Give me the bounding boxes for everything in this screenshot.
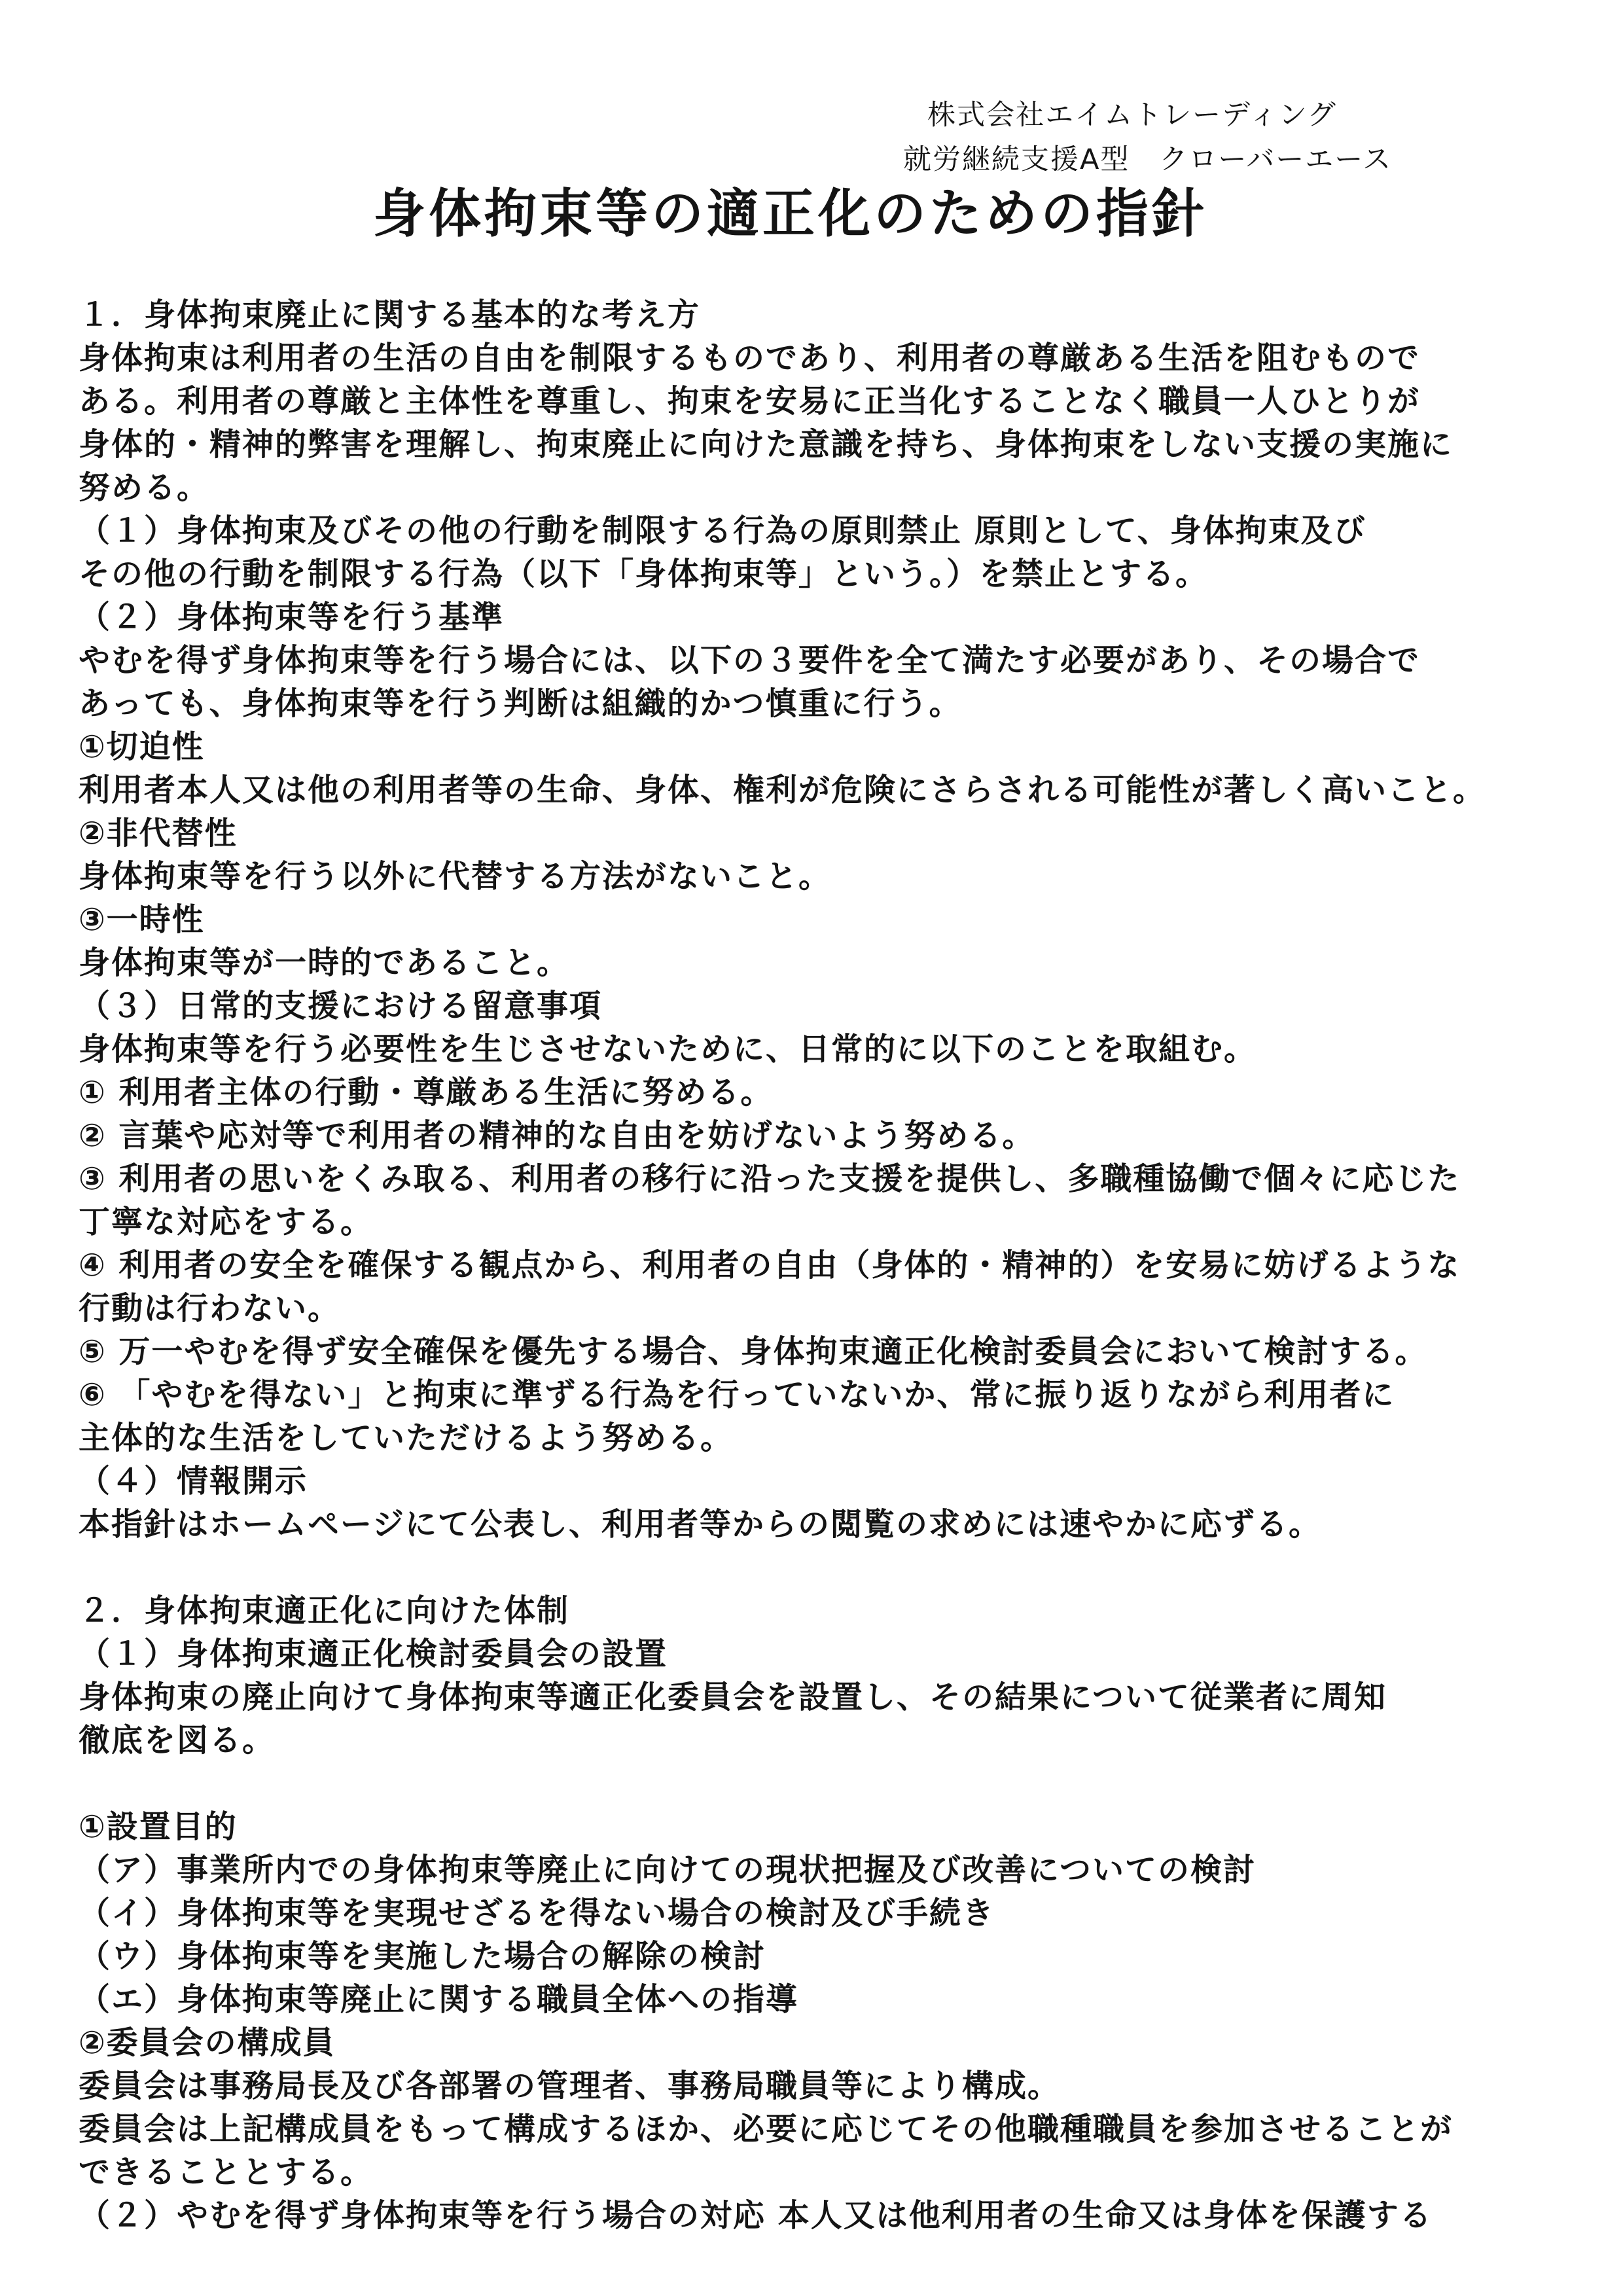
blank-line — [79, 1762, 1564, 1805]
text-line: あっても、身体拘束等を行う判断は組織的かつ慎重に行う。 — [79, 682, 1564, 725]
text-line: （３）日常的支援における留意事項 — [79, 984, 1564, 1028]
text-line: 身体拘束は利用者の生活の自由を制限するものであり、利用者の尊厳ある生活を阻むもの… — [79, 336, 1564, 380]
text-line: 主体的な生活をしていただけるよう努める。 — [79, 1416, 1564, 1460]
text-line: ②委員会の構成員 — [79, 2021, 1564, 2064]
text-line: （ア）事業所内での身体拘束等廃止に向けての現状把握及び改善についての検討 — [79, 1848, 1564, 1892]
text-line: ③一時性 — [79, 898, 1564, 941]
text-line: ２．身体拘束適正化に向けた体制 — [79, 1589, 1564, 1632]
text-line: 委員会は上記構成員をもって構成するほか、必要に応じてその他職種職員を参加させるこ… — [79, 2108, 1564, 2151]
text-line: 行動は行わない。 — [79, 1287, 1564, 1330]
text-line: （２）やむを得ず身体拘束等を行う場合の対応 本人又は他利用者の生命又は身体を保護… — [79, 2194, 1564, 2237]
document-header: 株式会社エイムトレーディング 就労継続支援A型 クローバーエース — [903, 93, 1361, 182]
text-line: （イ）身体拘束等を実現せざるを得ない場合の検討及び手続き — [79, 1892, 1564, 1935]
text-line: （４）情報開示 — [79, 1460, 1564, 1503]
text-line: できることとする。 — [79, 2151, 1564, 2194]
text-line: 徹底を図る。 — [79, 1719, 1564, 1762]
text-line: （１）身体拘束及びその他の行動を制限する行為の原則禁止 原則として、身体拘束及び — [79, 509, 1564, 552]
text-line: 身体拘束等を行う必要性を生じさせないために、日常的に以下のことを取組む。 — [79, 1028, 1564, 1071]
text-line: 委員会は事務局長及び各部署の管理者、事務局職員等により構成。 — [79, 2064, 1564, 2108]
text-line: （１）身体拘束適正化検討委員会の設置 — [79, 1632, 1564, 1676]
text-line: ⑤ 万一やむを得ず安全確保を優先する場合、身体拘束適正化検討委員会において検討す… — [79, 1330, 1564, 1373]
text-line: ④ 利用者の安全を確保する観点から、利用者の自由（身体的・精神的）を安易に妨げる… — [79, 1244, 1564, 1287]
document-body: １．身体拘束廃止に関する基本的な考え方身体拘束は利用者の生活の自由を制限するもの… — [79, 293, 1564, 2237]
text-line: ①切迫性 — [79, 725, 1564, 768]
text-line: ③ 利用者の思いをくみ取る、利用者の移行に沿った支援を提供し、多職種協働で個々に… — [79, 1157, 1564, 1200]
text-line: 身体拘束等を行う以外に代替する方法がないこと。 — [79, 855, 1564, 898]
text-line: やむを得ず身体拘束等を行う場合には、以下の３要件を全て満たす必要があり、その場合… — [79, 639, 1564, 682]
document-title: 身体拘束等の適正化のための指針 — [373, 171, 1207, 247]
text-line: ①設置目的 — [79, 1805, 1564, 1848]
text-line: （エ）身体拘束等廃止に関する職員全体への指導 — [79, 1978, 1564, 2021]
text-line: （ウ）身体拘束等を実施した場合の解除の検討 — [79, 1935, 1564, 1978]
text-line: （２）身体拘束等を行う基準 — [79, 596, 1564, 639]
text-line: ある。利用者の尊厳と主体性を尊重し、拘束を安易に正当化することなく職員一人ひとり… — [79, 380, 1564, 423]
text-line: 身体的・精神的弊害を理解し、拘束廃止に向けた意識を持ち、身体拘束をしない支援の実… — [79, 423, 1564, 466]
text-line: 本指針はホームページにて公表し、利用者等からの閲覧の求めには速やかに応ずる。 — [79, 1503, 1564, 1546]
text-line: ② 言葉や応対等で利用者の精神的な自由を妨げないよう努める。 — [79, 1114, 1564, 1157]
text-line: 利用者本人又は他の利用者等の生命、身体、権利が危険にさらされる可能性が著しく高い… — [79, 768, 1564, 812]
text-line: ②非代替性 — [79, 812, 1564, 855]
text-line: 身体拘束の廃止向けて身体拘束等適正化委員会を設置し、その結果について従業者に周知 — [79, 1676, 1564, 1719]
company-name: 株式会社エイムトレーディング — [903, 93, 1361, 137]
document-page: 株式会社エイムトレーディング 就労継続支援A型 クローバーエース 身体拘束等の適… — [0, 0, 1623, 2296]
text-line: 努める。 — [79, 466, 1564, 509]
text-line: １．身体拘束廃止に関する基本的な考え方 — [79, 293, 1564, 336]
text-line: その他の行動を制限する行為（以下「身体拘束等」という。）を禁止とする。 — [79, 552, 1564, 596]
text-line: 丁寧な対応をする。 — [79, 1200, 1564, 1244]
text-line: ① 利用者主体の行動・尊厳ある生活に努める。 — [79, 1071, 1564, 1114]
text-line: 身体拘束等が一時的であること。 — [79, 941, 1564, 984]
blank-line — [79, 1546, 1564, 1589]
text-line: ⑥ 「やむを得ない」と拘束に準ずる行為を行っていないか、常に振り返りながら利用者… — [79, 1373, 1564, 1416]
